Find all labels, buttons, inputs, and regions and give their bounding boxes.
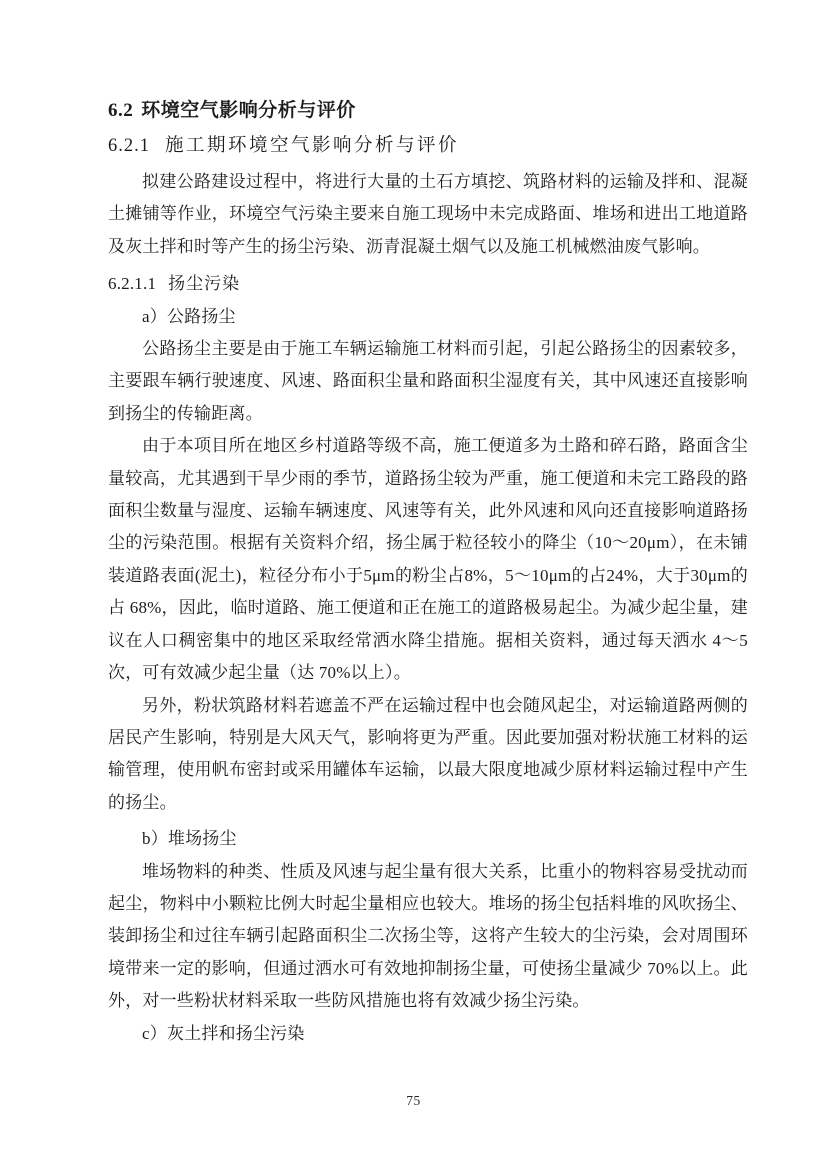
paragraph-road-dust-3: 另外，粉状筑路材料若遮盖不严在运输过程中也会随风起尘，对运输道路两侧的居民产生影… [108,690,748,820]
section-title: 扬尘污染 [168,274,240,293]
paragraph-yard-dust-1: 堆场物料的种类、性质及风速与起尘量有很大关系，比重小的物料容易受扰动而起尘，物料… [108,856,748,1018]
paragraph-road-dust-2: 由于本项目所在地区乡村道路等级不高，施工便道多为土路和碎石路，路面含尘量较高，尤… [108,430,748,689]
page-number: 75 [0,1093,827,1109]
list-item-c-lime-soil-dust: c）灰土拌和扬尘污染 [108,1018,748,1050]
section-heading-6-2-1: 6.2.1施工期环境空气影响分析与评价 [108,133,748,159]
section-heading-6-2: 6.2环境空气影响分析与评价 [108,98,748,124]
document-page: 6.2环境空气影响分析与评价 6.2.1施工期环境空气影响分析与评价 拟建公路建… [0,0,827,1169]
section-title: 施工期环境空气影响分析与评价 [165,136,459,156]
list-item-a-road-dust: a）公路扬尘 [108,301,748,333]
list-item-b-yard-dust: b）堆场扬尘 [108,823,748,855]
section-number: 6.2.1.1 [108,274,156,293]
section-heading-6-2-1-1: 6.2.1.1扬尘污染 [108,268,748,300]
paragraph-road-dust-1: 公路扬尘主要是由于施工车辆运输施工材料而引起，引起公路扬尘的因素较多，主要跟车辆… [108,333,748,430]
section-number: 6.2 [108,100,133,121]
section-title: 环境空气影响分析与评价 [141,100,356,121]
section-number: 6.2.1 [108,136,150,156]
page-content: 6.2环境空气影响分析与评价 6.2.1施工期环境空气影响分析与评价 拟建公路建… [108,98,748,1050]
paragraph-intro: 拟建公路建设过程中，将进行大量的土石方填挖、筑路材料的运输及拌和、混凝土摊铺等作… [108,166,748,263]
